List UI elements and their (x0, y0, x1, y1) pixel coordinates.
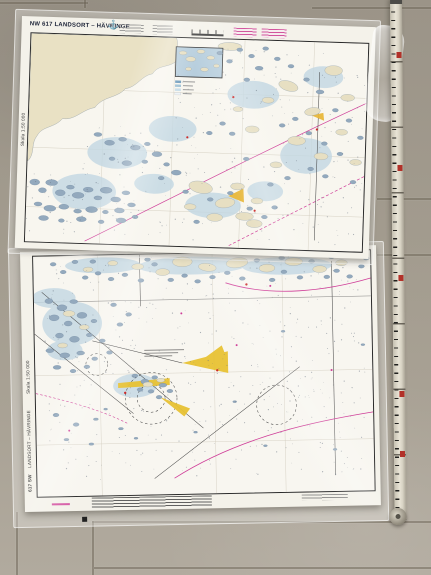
lower-chart-map (33, 250, 375, 496)
chart-warning-text (233, 28, 256, 38)
map-area (32, 249, 376, 497)
chart-warning-text (261, 29, 286, 39)
chart-paper: Skala 1:50 000 LANDSORT – HÄVRINGE 617 S… (20, 245, 381, 512)
ruler-hinge-pin (396, 514, 401, 519)
tile-grout-line (312, 7, 431, 9)
floor: NW 617 LANDSORT – HÄVRINGE ⚓ Skala 1:50 … (0, 0, 431, 575)
ruler-red-mark (398, 275, 403, 281)
ruler-hinge (389, 508, 406, 525)
lower-nautical-chart: Skala 1:50 000 LANDSORT – HÄVRINGE 617 S… (20, 245, 381, 512)
scale-label-vertical: Skala 1:50 000 (25, 360, 31, 394)
tile-grout-line (377, 198, 431, 200)
ruler-red-mark (399, 391, 404, 397)
chart-scale-bar (191, 29, 223, 36)
imprint-note-block (92, 495, 212, 508)
corner-note-block (302, 494, 348, 501)
chart-notes-block (152, 25, 172, 35)
scale-label-vertical: Skala 1:50 000 (20, 113, 26, 147)
edge-title-vertical: LANDSORT – HÄVRINGE (26, 410, 32, 468)
upper-chart-map (25, 33, 368, 251)
folding-ruler (390, 0, 407, 520)
tile-grout-line (94, 567, 431, 569)
ruler-end-cap (390, 0, 402, 4)
upper-nautical-chart: NW 617 LANDSORT – HÄVRINGE ⚓ Skala 1:50 … (15, 16, 376, 259)
tile-grout-line (0, 2, 88, 4)
registration-mark (82, 517, 87, 522)
anchor-icon: ⚓ (108, 20, 120, 31)
ruler-red-mark (396, 52, 401, 58)
chart-notes-block (120, 24, 144, 34)
tile-grout-line (84, 0, 86, 8)
map-area (24, 32, 369, 253)
sheet-number-vertical: 617 SW (27, 474, 32, 492)
magenta-note (52, 503, 70, 505)
ruler-red-mark (400, 451, 405, 457)
chart-paper: NW 617 LANDSORT – HÄVRINGE ⚓ Skala 1:50 … (15, 16, 376, 259)
ruler-red-mark (397, 165, 402, 171)
